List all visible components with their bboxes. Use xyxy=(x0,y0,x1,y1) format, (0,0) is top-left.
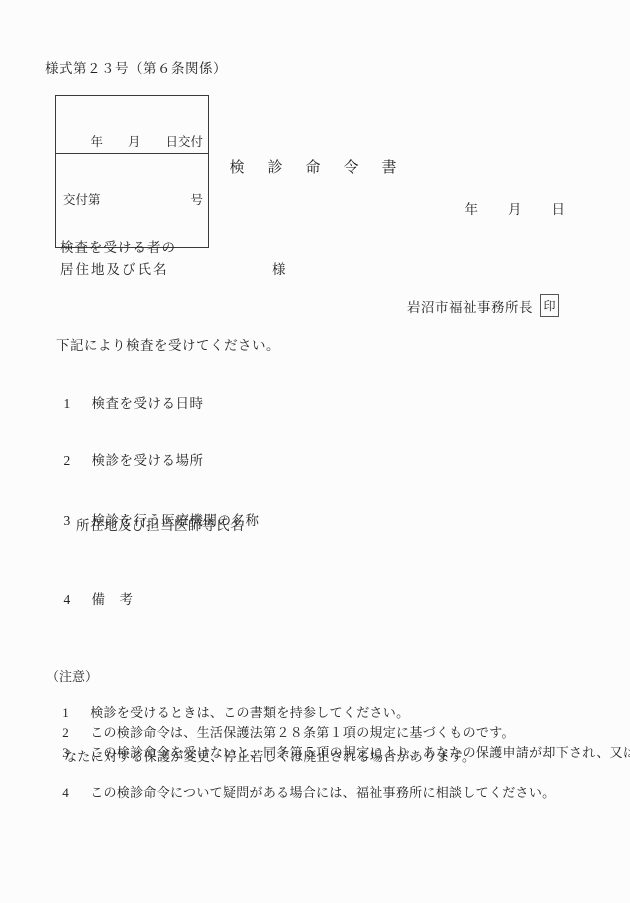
issuer-title: 岩沼市福祉事務所長 xyxy=(407,296,533,316)
field-item-2-number: 2 xyxy=(64,453,92,469)
issue-number-row: 交付第 号 xyxy=(56,190,208,211)
field-item-4: 4備 考 xyxy=(48,572,134,624)
issue-date-row: 年 月 日交付 xyxy=(56,132,208,154)
instruction-text: 下記により検査を受けてください。 xyxy=(56,334,280,354)
recipient-label-line1: 検査を受ける者の xyxy=(60,236,176,256)
field-item-4-label: 備 考 xyxy=(92,592,134,607)
document-page: 様式第２３号（第６条関係） 年 月 日交付 交付第 号 検 診 命 令 書 年 … xyxy=(0,0,630,903)
note-item-4-text: この検診命令について疑問がある場合には、福祉事務所に相談してください。 xyxy=(90,785,555,800)
field-item-4-number: 4 xyxy=(64,592,92,608)
note-item-3-text-line2: なたに対する保護が変更、停止若しくは廃止される場合があります。 xyxy=(64,746,475,765)
notes-heading: （注意） xyxy=(46,666,98,685)
field-item-3-label-line2: 所在地及び担当医師等氏名 xyxy=(76,514,244,534)
field-item-1: 1検査を受ける日時 xyxy=(48,376,204,428)
issue-number-prefix: 交付第 xyxy=(63,190,101,211)
page-title: 検 診 命 令 書 xyxy=(0,156,630,177)
note-item-4: 4この検診命令について疑問がある場合には、福祉事務所に相談してください。 xyxy=(48,766,555,817)
recipient-label-line2: 居住地及び氏名 xyxy=(60,258,169,278)
recipient-honorific: 様 xyxy=(272,258,286,278)
field-item-2: 2検診を受ける場所 xyxy=(48,433,204,485)
seal-character: 印 xyxy=(543,297,555,314)
field-item-1-label: 検査を受ける日時 xyxy=(92,396,204,411)
note-item-4-number: 4 xyxy=(62,785,90,801)
field-item-2-label: 検診を受ける場所 xyxy=(92,453,204,468)
issue-date-line: 年 月 日 xyxy=(465,198,567,218)
field-item-1-number: 1 xyxy=(64,396,92,412)
form-number: 様式第２３号（第６条関係） xyxy=(45,57,227,77)
seal-box: 印 xyxy=(540,294,559,317)
issue-number-suffix: 号 xyxy=(190,190,203,211)
